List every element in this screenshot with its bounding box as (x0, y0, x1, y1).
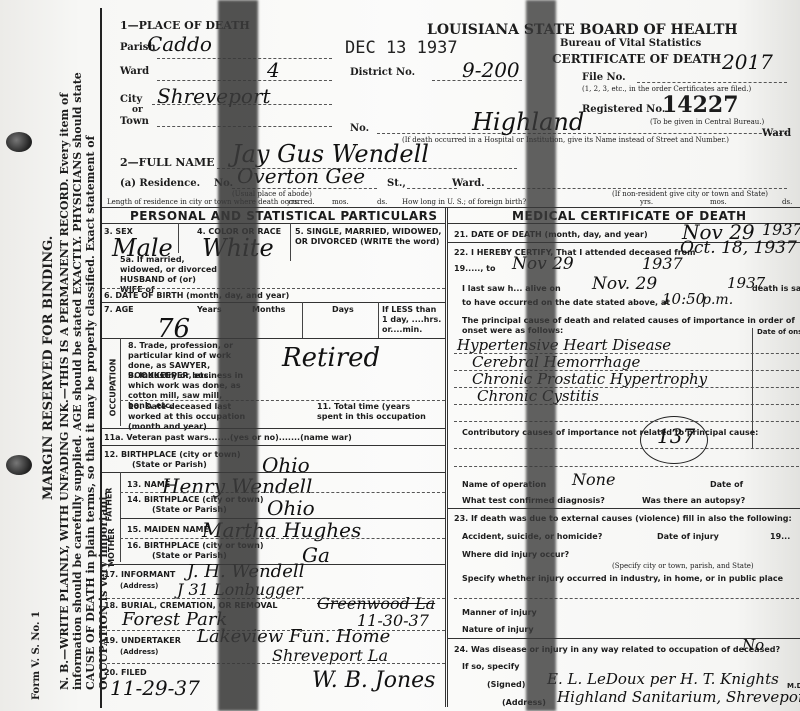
yrs-label: yrs. (287, 198, 300, 206)
parish-value: Caddo (147, 32, 212, 56)
undertaker-address-label: (Address) (120, 648, 158, 656)
registered-note: (To be given in Central Bureau.) (650, 118, 764, 126)
physician-signature: E. L. LeDoux per H. T. Knights (547, 670, 779, 688)
age-label: 7. AGE (104, 305, 134, 314)
if-so-specify-label: If so, specify (462, 662, 519, 671)
nature-of-injury-label: Nature of injury (462, 625, 534, 634)
certificate-page: MARGIN RESERVED FOR BINDING. N. B.—WRITE… (0, 0, 800, 711)
mother-side-label: MOTHER (107, 528, 116, 567)
us-ds-label: ds. (782, 198, 792, 206)
district-label: District No. (350, 67, 415, 78)
trade-value: Retired (282, 343, 380, 373)
us-mos-label: mos. (710, 198, 727, 206)
full-name-label: 2—FULL NAME (120, 156, 215, 169)
dob-label: 6. DATE OF BIRTH (month, day, and year) (104, 291, 289, 300)
board-title: LOUISIANA STATE BOARD OF HEALTH (427, 22, 738, 38)
cause-of-death-label: The principal cause of death and related… (462, 316, 797, 336)
informant-address-label: (Address) (120, 582, 158, 590)
attended-from-value: Oct. 18, 1937 (680, 238, 797, 258)
operation-value: None (572, 470, 615, 489)
occupation-side-label: OCCUPATION (108, 359, 117, 417)
external-causes-label: 23. If death was due to external causes … (454, 514, 792, 523)
age-years-value: 76 (157, 314, 190, 344)
street-label: St., (387, 178, 406, 189)
mother-birthplace-sub: (State or Parish) (152, 551, 227, 560)
punch-hole-icon (6, 455, 32, 475)
punch-hole-icon (6, 132, 32, 152)
file-no-label: File No. (582, 72, 626, 83)
residence-label: (a) Residence. (120, 178, 200, 189)
date-of-death-year: 1937 (762, 220, 800, 239)
scan-fold-streak (526, 0, 556, 711)
time-am-pm: p.m. (702, 292, 733, 308)
attended-to-year: 1937 (642, 254, 683, 273)
district-value: 9-200 (462, 58, 520, 82)
residence-ward-label: Ward. (452, 178, 485, 189)
received-date-stamp: DEC 13 1937 (345, 38, 458, 58)
specify-place-note: (Specify city or town, parish, and State… (612, 562, 754, 570)
specify-injury-label: Specify whether injury occurred in indus… (462, 574, 783, 583)
mos-label: mos. (332, 198, 349, 206)
scan-fold-streak (218, 0, 258, 711)
spouse-label: 5a. If married, widowed, or divorced HUS… (120, 255, 220, 295)
ward2-label: Ward (762, 128, 791, 139)
mother-name-label: 15. MAIDEN NAME (127, 525, 209, 534)
occupation-related-value: No (742, 636, 764, 654)
cause-3: Chronic Prostatic Hypertrophy (472, 370, 707, 388)
nonresident-note: (If non-resident give city or town and S… (612, 190, 768, 198)
ds-label: ds. (377, 198, 387, 206)
marital-label: 5. SINGLE, MARRIED, WIDOWED, OR DIVORCED… (295, 227, 445, 247)
injury-date-label: Date of injury (657, 532, 719, 541)
physician-address-value: Highland Sanitarium, Shreveport La (557, 688, 800, 706)
operation-date-label: Date of (710, 480, 743, 489)
days-label: Days (332, 305, 354, 314)
registrar-signature: W. B. Jones (312, 668, 435, 693)
last-saw-value: Nov. 29 (592, 274, 657, 294)
father-birthplace-sub: (State or Parish) (152, 505, 227, 514)
autopsy-label: Was there an autopsy? (642, 496, 745, 505)
ward-value: 4 (267, 58, 280, 82)
city-label: City (120, 94, 142, 105)
total-time-label: 11. Total time (years spent in this occu… (317, 402, 427, 422)
binding-note: MARGIN RESERVED FOR BINDING. (42, 236, 55, 500)
us-yrs-label: yrs. (640, 198, 653, 206)
undertaker-label: 19. UNDERTAKER (104, 636, 181, 645)
personal-heading: PERSONAL AND STATISTICAL PARTICULARS (130, 209, 438, 223)
occurred-at-label: to have occurred on the date stated abov… (462, 298, 670, 307)
ward-label: Ward (120, 66, 149, 77)
certificate-title: CERTIFICATE OF DEATH (552, 52, 721, 66)
father-side-label: FATHER (104, 488, 113, 522)
injury-year-label: 19... (770, 532, 790, 541)
hospital-no-label: No. (350, 123, 369, 134)
certificate-form: 1—PLACE OF DEATH Parish Caddo Ward 4 Cit… (100, 8, 800, 708)
occupation-related-label: 24. Was disease or injury in any way rel… (454, 645, 780, 654)
form-id: Form V. S. No. 1 (30, 611, 43, 700)
registered-label: Registered No. (582, 104, 665, 115)
or-label: or (132, 105, 143, 115)
time-of-death-value: 10:50 (662, 290, 705, 308)
death-said-label: death is said (752, 284, 800, 293)
father-birthplace-value: Ohio (267, 496, 315, 520)
cause-1: Hypertensive Heart Disease (457, 336, 671, 354)
town-label: Town (120, 116, 149, 127)
hospital-note: (If death occurred in a Hospital or Inst… (402, 136, 729, 144)
filed-value: 11-29-37 (110, 676, 200, 700)
less-than-day-label: If LESS than 1 day, ....hrs. or....min. (382, 305, 442, 335)
signed-label: (Signed) (487, 680, 525, 689)
date-of-onset-label: Date of onset (757, 328, 800, 336)
us-residence-label: How long in U. S.; of foreign birth? (402, 198, 526, 206)
circled-code-value: 137 (657, 424, 695, 448)
birthplace-sub: (State or Parish) (132, 460, 207, 469)
bureau-label: Bureau of Vital Statistics (560, 38, 701, 49)
attended-to-label: 19....., to (454, 264, 495, 273)
binding-margin: MARGIN RESERVED FOR BINDING. N. B.—WRITE… (0, 0, 102, 711)
certificate-handwritten-no: 2017 (722, 50, 773, 74)
contributory-label: Contributory causes of importance not re… (462, 428, 758, 437)
registered-number: 14227 (662, 92, 739, 118)
length-of-residence-label: Length of residence in city or town wher… (107, 198, 315, 206)
informant-label: 17. INFORMANT (104, 570, 175, 579)
cause-2: Cerebral Hemorrhage (472, 353, 640, 371)
